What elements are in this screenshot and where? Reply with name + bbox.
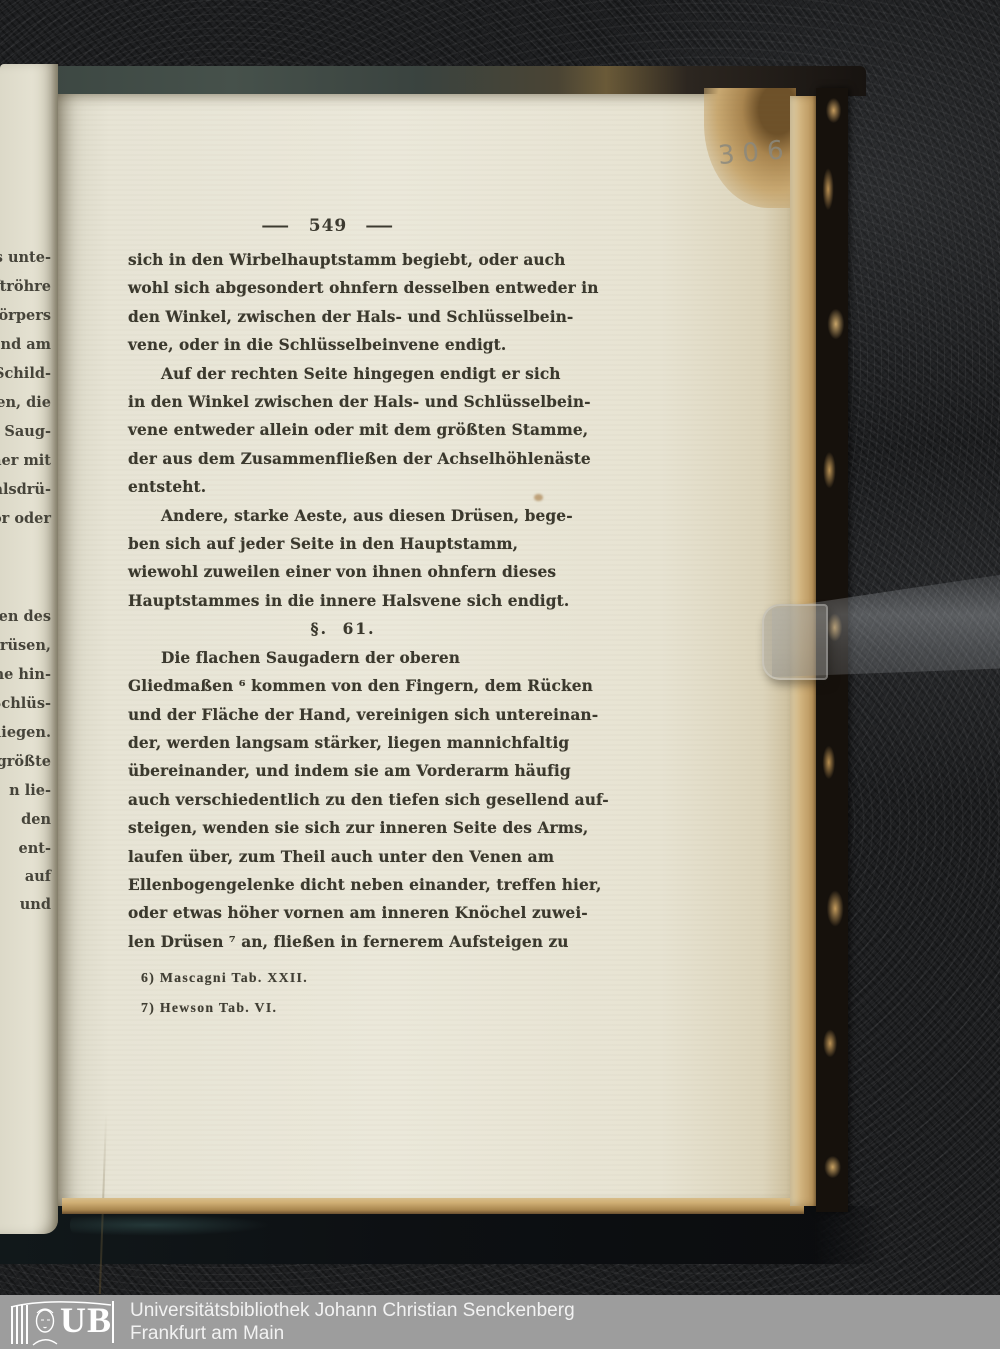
previous-page-sliver: des unte- Luftröhre dkörpers und am Schi… (0, 64, 58, 1234)
sliver-text-fragment: n lie- (9, 782, 51, 799)
logo-divider (112, 1301, 115, 1343)
paragraph: sich in den Wirbelhauptstamm begiebt, od… (128, 246, 648, 360)
library-name: Universitätsbibliothek Johann Christian … (130, 1299, 575, 1322)
ub-logo-text: UB (60, 1299, 112, 1341)
sliver-text-fragment: ren des (0, 608, 51, 625)
paragraph: Auf der rechten Seite hingegen endigt er… (128, 360, 648, 502)
footnotes: 6) Mascagni Tab. XXII. 7) Hewson Tab. VI… (128, 963, 648, 1022)
sliver-text-fragment: liegen. (0, 724, 51, 741)
sliver-text-fragment: ent- (19, 840, 51, 857)
sliver-text-fragment: üsen, die (0, 394, 51, 411)
page-number-header: —549— (118, 216, 538, 236)
book-cover-bottom-edge (0, 1206, 884, 1264)
sliver-text-fragment: Drüsen, (0, 637, 51, 654)
sliver-text-fragment: auf (25, 868, 51, 885)
sliver-text-fragment: Luftröhre (0, 278, 51, 295)
sliver-text-fragment: Schild- (0, 365, 51, 382)
sliver-text-fragment: Schlüs- (0, 695, 51, 712)
sliver-text-fragment: ne hin- (0, 666, 51, 683)
page-number: 549 (309, 216, 348, 236)
library-watermark-bar: UB Universitätsbibliothek Johann Christi… (0, 1295, 1000, 1349)
handwritten-foliation-number: 306 (717, 135, 793, 171)
page-block-bottom-edge (62, 1198, 804, 1214)
sliver-text-fragment: größte (0, 753, 51, 770)
library-location: Frankfurt am Main (130, 1322, 575, 1345)
sliver-text-fragment: und am (0, 336, 51, 353)
sliver-text-fragment: chher mit (0, 452, 51, 469)
book-page-549: 306 —549— sich in den Wirbelhauptstamm b… (58, 94, 792, 1206)
section-heading: §. 61. (128, 615, 558, 643)
sliver-text-fragment: Halsdrü- (0, 481, 51, 498)
sliver-text-fragment: des unte- (0, 249, 51, 266)
book-scan-photo: des unte- Luftröhre dkörpers und am Schi… (0, 0, 1000, 1349)
page-body-text: sich in den Wirbelhauptstamm begiebt, od… (128, 246, 648, 1022)
header-dash-right: — (365, 216, 396, 236)
header-dash-left: — (260, 216, 291, 236)
paragraph: Die flachen Saugadern der oberen Gliedma… (128, 644, 648, 956)
sliver-text-fragment: den (21, 811, 51, 828)
sliver-text-fragment: dkörpers (0, 307, 51, 324)
library-attribution: Universitätsbibliothek Johann Christian … (130, 1299, 575, 1345)
footnote: 7) Hewson Tab. VI. (141, 993, 648, 1023)
page-holder-strap-tab (762, 604, 828, 680)
ub-logo: UB (8, 1298, 114, 1346)
footnote: 6) Mascagni Tab. XXII. (141, 963, 648, 993)
sliver-text-fragment: en Saug- (0, 423, 51, 440)
paragraph: Andere, starke Aeste, aus diesen Drüsen,… (128, 502, 648, 616)
sliver-text-fragment: und (20, 896, 51, 913)
sliver-text-fragment: vor oder (0, 510, 51, 527)
